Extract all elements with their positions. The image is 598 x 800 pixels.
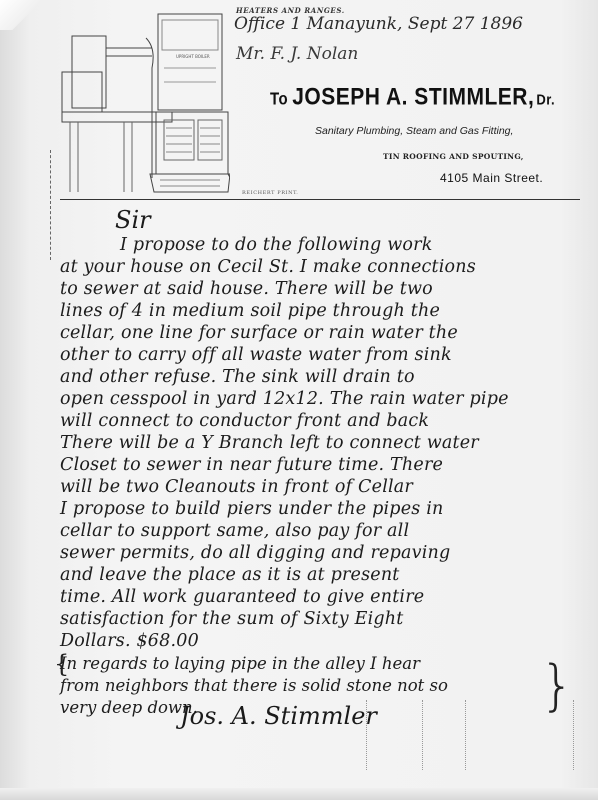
body-line: Dollars. $68.00 [60,630,590,652]
body-line: I propose to build piers under the pipes… [60,498,590,520]
addressee: Mr. F. J. Nolan [236,44,358,64]
page-fold-corner [0,0,40,30]
dotted-mark [465,700,466,770]
letter-page: UPRIGHT BOILER HEATERS AND RANGES. Offic… [0,0,598,800]
body-line: satisfaction for the sum of Sixty Eight [60,608,590,630]
company-name-text: JOSEPH A. STIMMLER, [292,84,534,110]
street-address: 4105 Main Street. [440,171,543,185]
letter-body: I propose to do the following work at yo… [60,234,590,652]
body-line: will be two Cleanouts in front of Cellar [60,476,590,498]
body-line: open cesspool in yard 12x12. The rain wa… [60,388,590,410]
scan-edge-shadow [0,788,598,800]
body-line: time. All work guaranteed to give entire [60,586,590,608]
body-line: cellar to support same, also pay for all [60,520,590,542]
printer-credit: REICHERT PRINT. [242,190,299,196]
letterhead-divider [60,199,580,200]
place-date: Office 1 Manayunk, Sept 27 1896 [234,14,594,34]
dr-label: Dr. [536,91,555,108]
dotted-mark [366,700,367,770]
body-line: at your house on Cecil St. I make connec… [60,256,590,278]
company-name: ToJOSEPH A. STIMMLER,Dr. [270,84,555,112]
postscript-line: In regards to laying pipe in the alley I… [60,653,590,675]
left-brace-icon: { [54,650,69,678]
body-line: other to carry off all waste water from … [60,344,590,366]
margin-rule [50,150,51,260]
body-line: I propose to do the following work [60,234,590,256]
body-line: Closet to sewer in near future time. The… [60,454,590,476]
body-line: sewer permits, do all digging and repavi… [60,542,590,564]
body-line: will connect to conductor front and back [60,410,590,432]
salutation: Sir [115,206,151,234]
body-line: and leave the place as it is at present [60,564,590,586]
right-brace-icon: } [540,653,574,719]
dotted-mark [422,700,423,770]
to-label: To [270,90,288,110]
body-line: to sewer at said house. There will be tw… [60,278,590,300]
body-line: There will be a Y Branch left to connect… [60,432,590,454]
tin-roofing-label: TIN ROOFING AND SPOUTING, [383,152,524,161]
body-line: cellar, one line for surface or rain wat… [60,322,590,344]
services-tagline: Sanitary Plumbing, Steam and Gas Fitting… [315,125,513,137]
body-line: and other refuse. The sink will drain to [60,366,590,388]
dotted-mark [573,700,574,770]
boiler-illustration: UPRIGHT BOILER [60,8,230,194]
postscript-line: from neighbors that there is solid stone… [60,675,590,697]
svg-text:UPRIGHT BOILER: UPRIGHT BOILER [176,54,210,59]
signature: Jos. A. Stimmler [180,702,377,730]
body-line: lines of 4 in medium soil pipe through t… [60,300,590,322]
